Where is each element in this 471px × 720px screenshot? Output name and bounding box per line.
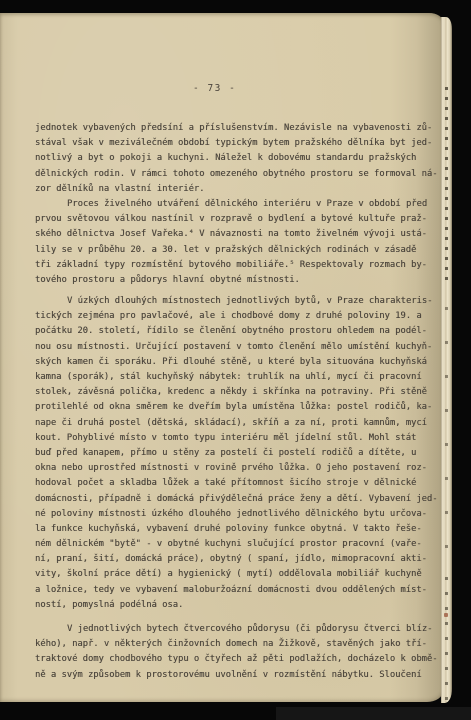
text-line: traktové domy chodbového typu o čtyřech … xyxy=(35,652,447,667)
text-line: a ložnice, tedy ve vybavení maloburžoázn… xyxy=(35,583,447,598)
text-line: ně a svým způsobem k prostorovému uvolně… xyxy=(35,668,447,683)
text-line: kout. Pohyblivé místo v tomto typu inter… xyxy=(35,431,447,446)
paragraph: jednotek vybavených předsíní a příslušen… xyxy=(35,121,447,197)
text-line: dělnických rodin. V rámci tohoto omezené… xyxy=(35,167,447,182)
text-line: tických zejména pro pavlačové, ale i cho… xyxy=(35,309,447,324)
text-line: nape či druhá postel (dětská, skládací),… xyxy=(35,416,447,431)
text-line: kamna (sporák), stál kuchyňský nábytek: … xyxy=(35,370,447,385)
text-line: notlivý a byt o pokoji a kuchyni. Náleže… xyxy=(35,151,447,166)
text-line: počátku 20. století, řídilo se členění o… xyxy=(35,324,447,339)
text-line: tři základní typy rozmístění bytového mo… xyxy=(35,258,447,273)
paragraph: Proces živelného utváření dělnického int… xyxy=(35,197,447,288)
text-line: okna nebo uprostřed místnosti v rovině p… xyxy=(35,461,447,476)
text-line: nou osu místnosti. Určující postavení v … xyxy=(35,340,447,355)
paragraph: V jednotlivých bytech čtvercového půdory… xyxy=(35,622,447,683)
text-line: zor dělníků na vlastní interiér. xyxy=(35,182,447,197)
book-scan: - 73 - jednotek vybavených předsíní a př… xyxy=(0,0,471,720)
text-line: prvou světovou válkou nastínil v rozprav… xyxy=(35,212,447,227)
text-line: buď před kanapem, přímo u stěny za poste… xyxy=(35,446,447,461)
text-line: stolek, závěsná polička, kredenc a někdy… xyxy=(35,385,447,400)
book-page: - 73 - jednotek vybavených předsíní a př… xyxy=(0,13,443,702)
text-line: stával však v meziválečném období typick… xyxy=(35,136,447,151)
scan-bottom-shadow xyxy=(276,707,471,720)
text-line: protilehlé od okna směrem ke dveřím byla… xyxy=(35,400,447,415)
book-page-edges xyxy=(441,17,452,703)
text-line: lily se v průběhu 20. a 30. let v pražsk… xyxy=(35,243,447,258)
text-line: ném dělnickém "bytě" - v obytné kuchyni … xyxy=(35,537,447,552)
text-line: ní, praní, šití, domácká práce), obytný … xyxy=(35,552,447,567)
text-line: domácnosti, případně i domácká přivýděle… xyxy=(35,492,447,507)
text-line: ností, pomyslná podélná osa. xyxy=(35,598,447,613)
text-line: jednotek vybavených předsíní a příslušen… xyxy=(35,121,447,136)
page-edge-red-mark xyxy=(444,613,448,617)
text-line: tového prostoru a půdorys hlavní obytné … xyxy=(35,273,447,288)
text-line: ského dělnictva Josef Vařeka.⁴ V návazno… xyxy=(35,227,447,242)
text-line: la funkce kuchyňská, vybavení druhé polo… xyxy=(35,522,447,537)
page-edge-marks-bottom xyxy=(445,577,448,707)
text-line: Proces živelného utváření dělnického int… xyxy=(35,197,447,212)
page-number: - 73 - xyxy=(193,83,236,94)
text-line: V úzkých dlouhých místnostech jednotlivý… xyxy=(35,294,447,309)
text-line: kého), např. v některých činžovních dome… xyxy=(35,637,447,652)
text-line: V jednotlivých bytech čtvercového půdory… xyxy=(35,622,447,637)
text-line: vity, školní práce dětí) a hygienický ( … xyxy=(35,567,447,582)
page-edge-marks-top xyxy=(445,87,448,287)
page-edge-marks-middle xyxy=(445,307,448,557)
paragraph: V úzkých dlouhých místnostech jednotlivý… xyxy=(35,294,447,613)
text-line: ských kamen či sporáku. Při dlouhé stěně… xyxy=(35,355,447,370)
text-line: né poloviny místnosti úzkého dlouhého je… xyxy=(35,507,447,522)
text-block: jednotek vybavených předsíní a příslušen… xyxy=(35,121,447,683)
text-line: hodoval počet a skladba lůžek a také pří… xyxy=(35,476,447,491)
